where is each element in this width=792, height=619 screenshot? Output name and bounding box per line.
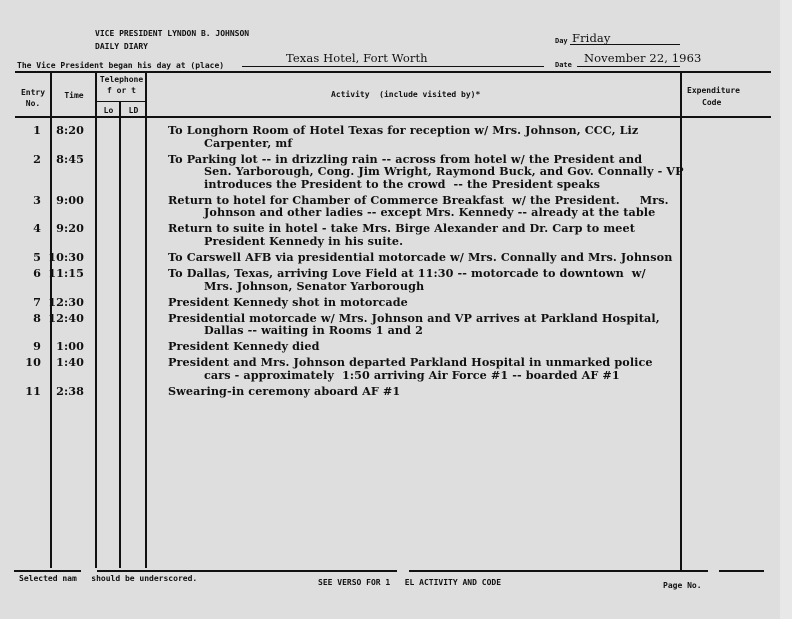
place-underline xyxy=(242,66,544,67)
footer-see-verso: SEE VERSO FOR 1 EL ACTIVITY AND CODE xyxy=(318,578,501,587)
col-header-telephone: Telephone f or t xyxy=(97,74,146,96)
footer-line-3 xyxy=(97,570,397,572)
entry-number: 7 xyxy=(15,295,41,309)
entry-number: 4 xyxy=(15,221,41,235)
col-divider-activity-expenditure xyxy=(680,71,682,572)
entry-time: 8:45 xyxy=(48,152,84,166)
table-header-bottom-border xyxy=(15,116,771,118)
entry-number: 10 xyxy=(15,355,41,369)
entry-time: 10:30 xyxy=(48,250,84,264)
office-title: VICE PRESIDENT LYNDON B. JOHNSON xyxy=(95,29,249,38)
entry-activity-continuation: Carpenter, mf xyxy=(204,136,292,150)
entry-number: 9 xyxy=(15,339,41,353)
footer-line-1 xyxy=(14,570,54,572)
form-title: DAILY DIARY xyxy=(95,42,148,51)
entry-number: 8 xyxy=(15,311,41,325)
footer-note: Selected nam should be underscored. xyxy=(19,574,197,583)
page-edge xyxy=(780,0,792,619)
table-top-border xyxy=(15,71,771,73)
date-underline xyxy=(577,66,680,67)
col-divider-lo-ld xyxy=(119,101,121,568)
entry-number: 5 xyxy=(15,250,41,264)
entry-time: 11:15 xyxy=(48,266,84,280)
day-value: Friday xyxy=(572,31,610,45)
footer-page-label: Page No. xyxy=(663,581,702,590)
entry-number: 3 xyxy=(15,193,41,207)
col-header-telephone-label: Telephone xyxy=(97,74,146,85)
col-header-entry-no: Entry No. xyxy=(15,87,51,109)
entry-time: 12:40 xyxy=(48,311,84,325)
entry-time: 8:20 xyxy=(48,123,84,137)
entry-activity-continuation: Dallas -- waiting in Rooms 1 and 2 xyxy=(204,323,423,337)
col-divider-ld-activity xyxy=(145,71,147,568)
entry-time: 2:38 xyxy=(48,384,84,398)
place-value: Texas Hotel, Fort Worth xyxy=(286,51,428,65)
day-label: Day xyxy=(555,37,568,45)
col-header-f-or-t: f or t xyxy=(97,85,146,96)
col-header-entry-line1: Entry xyxy=(15,87,51,98)
col-header-expenditure-line1: Expenditure xyxy=(687,85,740,97)
col-header-expenditure-line2: Code xyxy=(687,97,740,109)
entry-number: 1 xyxy=(15,123,41,137)
entry-activity: To Carswell AFB via presidential motorca… xyxy=(168,250,672,264)
entry-number: 11 xyxy=(15,384,41,398)
date-value: November 22, 1963 xyxy=(584,51,701,65)
date-label: Date xyxy=(555,61,572,69)
col-header-entry-line2: No. xyxy=(15,98,51,109)
col-header-lo: Lo xyxy=(97,106,120,115)
entry-activity-continuation: President Kennedy in his suite. xyxy=(204,234,403,248)
footer-line-4 xyxy=(409,570,708,572)
place-label: The Vice President began his day at (pla… xyxy=(17,61,224,70)
entry-time: 9:20 xyxy=(48,221,84,235)
entry-time: 9:00 xyxy=(48,193,84,207)
entry-activity: Swearing-in ceremony aboard AF #1 xyxy=(168,384,400,398)
col-header-ld: LD xyxy=(121,106,146,115)
entry-time: 1:00 xyxy=(48,339,84,353)
col-divider-time-lo xyxy=(95,71,97,568)
entry-activity: President Kennedy died xyxy=(168,339,320,353)
entry-time: 12:30 xyxy=(48,295,84,309)
col-header-expenditure-code: Expenditure Code xyxy=(687,85,740,109)
entry-number: 6 xyxy=(15,266,41,280)
diary-page: VICE PRESIDENT LYNDON B. JOHNSON DAILY D… xyxy=(0,0,780,619)
entry-time: 1:40 xyxy=(48,355,84,369)
telephone-subheader-divider xyxy=(97,101,146,102)
footer-line-5 xyxy=(719,570,764,572)
col-header-activity: Activity (include visited by)* xyxy=(331,90,480,99)
footer-line-2 xyxy=(52,570,81,572)
entry-activity-continuation: introduces the President to the crowd --… xyxy=(204,177,600,191)
entry-activity-continuation: cars - approximately 1:50 arriving Air F… xyxy=(204,368,620,382)
col-header-time: Time xyxy=(52,91,96,100)
entry-activity: President Kennedy shot in motorcade xyxy=(168,295,408,309)
entry-activity-continuation: Mrs. Johnson, Senator Yarborough xyxy=(204,279,424,293)
entry-number: 2 xyxy=(15,152,41,166)
entry-activity-continuation: Johnson and other ladies -- except Mrs. … xyxy=(204,205,655,219)
